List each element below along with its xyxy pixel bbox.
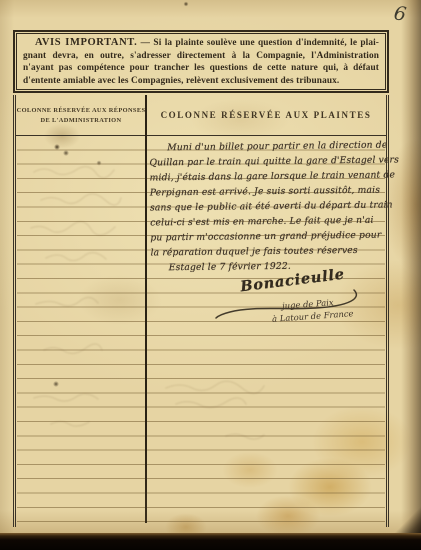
- notice-line-rest: — Si la plainte soulève une question d'i…: [137, 38, 379, 48]
- admin-header-line1: COLONNE RÉSERVÉE AUX RÉPONSES: [17, 107, 146, 114]
- admin-header-line2: DE L'ADMINISTRATION: [41, 117, 122, 124]
- notice-line: n'ayant pas compétence pour trancher les…: [23, 62, 379, 75]
- column-divider: [145, 95, 147, 523]
- handwriting-line: la réparation duquel je fais toutes rése…: [150, 243, 388, 261]
- notice-title: AVIS IMPORTANT.: [35, 37, 137, 48]
- handwritten-complaint: Muni d'un billet pour partir en la direc…: [149, 138, 389, 276]
- important-notice-text: AVIS IMPORTANT. — Si la plainte soulève …: [16, 33, 386, 90]
- table-header-row: COLONNE RÉSERVÉE AUX RÉPONSES DE L'ADMIN…: [16, 95, 386, 136]
- table-body: Muni d'un billet pour partir en la direc…: [16, 136, 386, 525]
- complaint-dateline: Estagel le 7 février 1922.: [151, 258, 389, 276]
- admin-column-header: COLONNE RÉSERVÉE AUX RÉPONSES DE L'ADMIN…: [16, 95, 146, 135]
- notice-line: gnant devra, en outre, s'adresser direct…: [23, 50, 379, 63]
- document-photo: 6 AVIS IMPORTANT. — Si la plainte soulèv…: [0, 0, 421, 550]
- ledger-page: 6 AVIS IMPORTANT. — Si la plainte soulèv…: [0, 0, 421, 536]
- important-notice-box: AVIS IMPORTANT. — Si la plainte soulève …: [13, 30, 389, 93]
- plaints-column-header: COLONNE RÉSERVÉE AUX PLAINTES: [146, 95, 386, 135]
- page-number: 6: [392, 2, 407, 26]
- notice-line: AVIS IMPORTANT. — Si la plainte soulève …: [23, 37, 379, 50]
- notice-line: d'entente amiable avec les Compagnies, r…: [23, 75, 379, 88]
- page-corner-curl: [387, 505, 421, 535]
- book-bottom-edge: [0, 533, 421, 550]
- complaints-table: COLONNE RÉSERVÉE AUX RÉPONSES DE L'ADMIN…: [13, 95, 389, 527]
- page-right-edge: [401, 0, 421, 536]
